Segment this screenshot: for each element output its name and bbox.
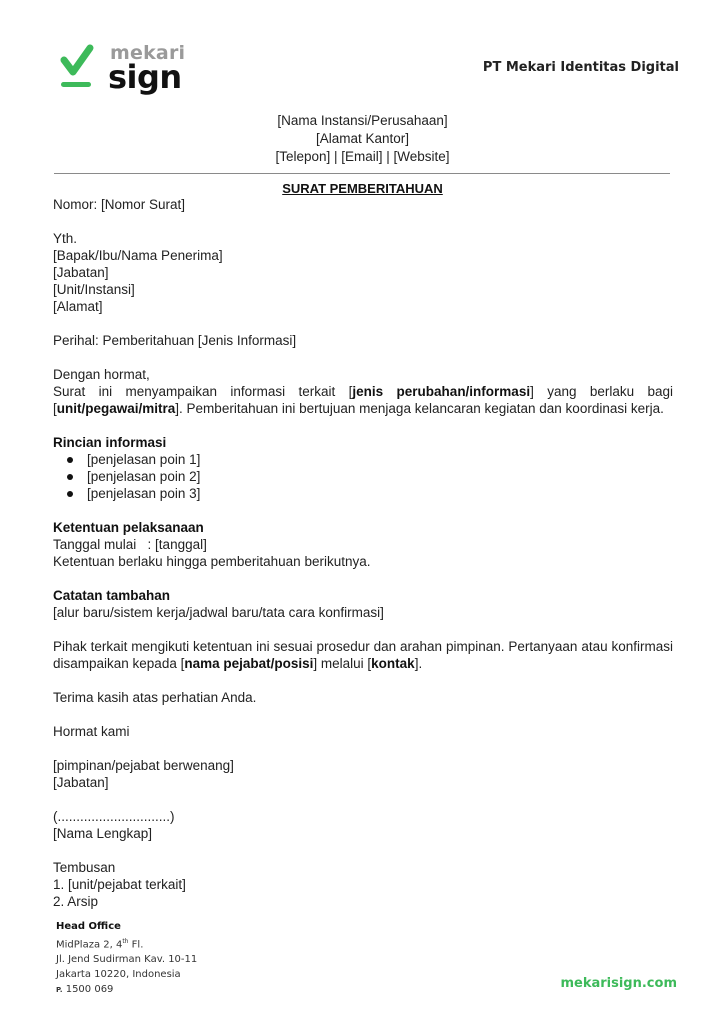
letterhead: [Nama Instansi/Perusahaan] [Alamat Kanto… [0,112,725,166]
signer-name: [Nama Lengkap] [53,825,673,842]
recipient-unit: [Unit/Instansi] [53,281,673,298]
signer-role: [pimpinan/pejabat berwenang] [53,757,673,774]
thanks-text: Terima kasih atas perhatian Anda. [53,689,673,706]
address-line-1: MidPlaza 2, 4th Fl. [56,934,197,952]
logo-text-sign: sign [108,58,182,96]
recipient-name: [Bapak/Ibu/Nama Penerima] [53,247,673,264]
intro-paragraph: Surat ini menyampaikan informasi terkait… [53,383,673,417]
recipient-address: [Alamat] [53,298,673,315]
institution-name: [Nama Instansi/Perusahaan] [0,112,725,130]
address-line-2: Jl. Jend Sudirman Kav. 10-11 [56,952,197,967]
document-title: SURAT PEMBERITAHUAN [0,181,725,196]
list-item: [penjelasan poin 3] [53,485,673,502]
office-address: [Alamat Kantor] [0,130,725,148]
header-divider [54,173,670,174]
subject-line: Perihal: Pemberitahuan [Jenis Informasi] [53,332,673,349]
notes-heading: Catatan tambahan [53,587,673,604]
list-item: [penjelasan poin 2] [53,468,673,485]
signature-line: (..............................) [53,808,673,825]
validity-text: Ketentuan berlaku hingga pemberitahuan b… [53,553,673,570]
salutation: Dengan hormat, [53,366,673,383]
details-heading: Rincian informasi [53,434,673,451]
execution-heading: Ketentuan pelaksanaan [53,519,673,536]
notes-text: [alur baru/sistem kerja/jadwal baru/tata… [53,604,673,621]
list-item: [penjelasan poin 1] [53,451,673,468]
cc-item: 2. Arsip [53,893,673,910]
phone-line: P. 1500 069 [56,982,197,998]
mekari-sign-logo: mekari sign [58,40,188,100]
check-underline-icon [58,42,98,92]
company-name: PT Mekari Identitas Digital [483,60,679,75]
details-list: [penjelasan poin 1] [penjelasan poin 2] … [53,451,673,502]
letter-number: Nomor: [Nomor Surat] [53,196,673,213]
address-line-3: Jakarta 10220, Indonesia [56,967,197,982]
yth-label: Yth. [53,230,673,247]
website-link[interactable]: mekarisign.com [560,976,677,991]
letter-body: Nomor: [Nomor Surat] Yth. [Bapak/Ibu/Nam… [53,196,673,910]
cc-item: 1. [unit/pejabat terkait] [53,876,673,893]
regards-text: Hormat kami [53,723,673,740]
contact-line: [Telepon] | [Email] | [Website] [0,148,725,166]
closing-paragraph: Pihak terkait mengikuti ketentuan ini se… [53,638,673,672]
head-office-label: Head Office [56,919,197,934]
recipient-position: [Jabatan] [53,264,673,281]
footer-address: Head Office MidPlaza 2, 4th Fl. Jl. Jend… [56,919,197,998]
cc-heading: Tembusan [53,859,673,876]
signer-title: [Jabatan] [53,774,673,791]
start-date: Tanggal mulai : [tanggal] [53,536,673,553]
